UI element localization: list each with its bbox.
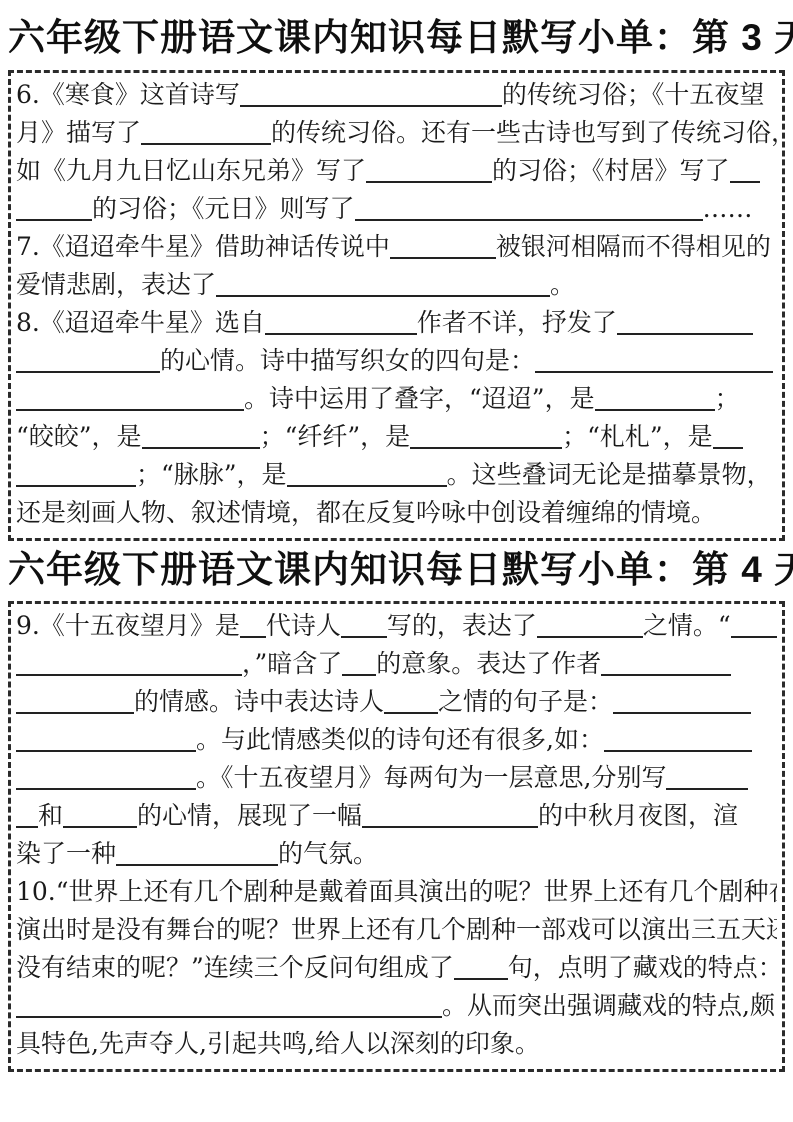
question-line: 爱情悲剧，表达了。 <box>16 266 777 304</box>
answer-blank <box>730 161 760 183</box>
text-run: 的意象。表达了作者 <box>376 645 601 683</box>
text-run: 的传统习俗；《十五夜望 <box>502 76 765 114</box>
answer-blank <box>240 85 502 107</box>
text-run: 6.《寒食》这首诗写 <box>16 76 240 114</box>
answer-blank <box>410 427 562 449</box>
answer-blank <box>116 844 278 866</box>
answer-blank <box>16 692 134 714</box>
text-run: 和 <box>38 797 63 835</box>
text-run: 的心情，展现了一幅 <box>137 797 362 835</box>
text-run: 9.《十五夜望月》是 <box>16 607 240 645</box>
answer-blank <box>16 996 442 1018</box>
answer-blank <box>240 616 266 638</box>
question-line: 10.“世界上还有几个剧种是戴着面具演出的呢？世界上还有几个剧种在 <box>16 873 777 911</box>
text-run: 演出时是没有舞台的呢？世界上还有几个剧种一部戏可以演出三五天还 <box>16 911 777 949</box>
text-run: “皎皎”，是 <box>16 418 142 456</box>
text-run: ，”暗含了 <box>242 645 342 683</box>
text-run: 具特色,先声夺人,引起共鸣,给人以深刻的印象。 <box>16 1025 540 1063</box>
text-run: 7.《迢迢牵牛星》借助神话传说中 <box>16 228 390 266</box>
answer-blank <box>342 654 376 676</box>
text-run: ；“纤纤”，是 <box>260 418 411 456</box>
answer-blank <box>16 465 136 487</box>
answer-blank <box>390 237 496 259</box>
answer-blank <box>265 313 417 335</box>
answer-blank <box>16 806 38 828</box>
worksheet-title-day4: 六年级下册语文课内知识每日默写小单：第 4 天 <box>8 541 785 600</box>
question-line: 染了一种的气氛。 <box>16 835 777 873</box>
answer-blank <box>63 806 137 828</box>
question-box-day4: 9.《十五夜望月》是代诗人写的，表达了之情。“，”暗含了的意象。表达了作者的情感… <box>8 601 785 1072</box>
text-run: 作者不详，抒发了 <box>417 304 617 342</box>
text-run: 句，点明了藏戏的特点： <box>508 949 777 987</box>
text-run: ； <box>715 380 740 418</box>
question-line: 9.《十五夜望月》是代诗人写的，表达了之情。“ <box>16 607 777 645</box>
question-line: 和的心情，展现了一幅的中秋月夜图，渲 <box>16 797 777 835</box>
question-line: 还是刻画人物、叙述情境，都在反复吟咏中创设着缠绵的情境。 <box>16 494 777 532</box>
text-run: 之情。“ <box>643 607 731 645</box>
text-run: 。诗中运用了叠字，“迢迢”，是 <box>244 380 595 418</box>
question-q8: 8.《迢迢牵牛星》选自作者不详，抒发了的心情。诗中描写织女的四句是：。诗中运用了… <box>16 304 777 532</box>
text-run: ；“脉脉”，是 <box>136 456 287 494</box>
answer-blank <box>141 123 271 145</box>
text-run: 代诗人 <box>266 607 341 645</box>
answer-blank <box>613 692 751 714</box>
answer-blank <box>142 427 260 449</box>
text-run: 没有结束的呢？”连续三个反问句组成了 <box>16 949 454 987</box>
question-line: 具特色,先声夺人,引起共鸣,给人以深刻的印象。 <box>16 1025 777 1063</box>
question-line: “皎皎”，是；“纤纤”，是；“札札”，是 <box>16 418 777 456</box>
question-line: 。《十五夜望月》每两句为一层意思,分别写 <box>16 759 777 797</box>
text-run: 爱情悲剧，表达了 <box>16 266 216 304</box>
text-run: ；“札札”，是 <box>562 418 713 456</box>
answer-blank <box>384 692 438 714</box>
question-line: 。诗中运用了叠字，“迢迢”，是； <box>16 380 777 418</box>
question-q9: 9.《十五夜望月》是代诗人写的，表达了之情。“，”暗含了的意象。表达了作者的情感… <box>16 607 777 873</box>
question-line: 7.《迢迢牵牛星》借助神话传说中被银河相隔而不得相见的 <box>16 228 777 266</box>
answer-blank <box>362 806 538 828</box>
text-run: 10.“世界上还有几个剧种是戴着面具演出的呢？世界上还有几个剧种在 <box>16 873 777 911</box>
text-run: 还是刻画人物、叙述情境，都在反复吟咏中创设着缠绵的情境。 <box>16 494 716 532</box>
answer-blank <box>16 730 196 752</box>
text-run: 的心情。诗中描写织女的四句是： <box>160 342 535 380</box>
worksheet-title-day3: 六年级下册语文课内知识每日默写小单：第 3 天 <box>8 0 785 70</box>
answer-blank <box>341 616 387 638</box>
question-line: 没有结束的呢？”连续三个反问句组成了句，点明了藏戏的特点： <box>16 949 777 987</box>
text-run: 写的，表达了 <box>387 607 537 645</box>
question-q10: 10.“世界上还有几个剧种是戴着面具演出的呢？世界上还有几个剧种在演出时是没有舞… <box>16 873 777 1063</box>
question-q7: 7.《迢迢牵牛星》借助神话传说中被银河相隔而不得相见的爱情悲剧，表达了。 <box>16 228 777 304</box>
question-line: ；“脉脉”，是。这些叠词无论是描摹景物， <box>16 456 777 494</box>
question-box-day3: 6.《寒食》这首诗写的传统习俗；《十五夜望月》描写了的传统习俗。还有一些古诗也写… <box>8 70 785 541</box>
question-line: 。与此情感类似的诗句还有很多,如： <box>16 721 777 759</box>
text-run: 的中秋月夜图，渲 <box>538 797 738 835</box>
answer-blank <box>16 351 160 373</box>
answer-blank <box>16 768 196 790</box>
text-run: 的情感。诗中表达诗人 <box>134 683 384 721</box>
question-line: 的习俗；《元日》则写了…… <box>16 190 777 228</box>
text-run: 。与此情感类似的诗句还有很多,如： <box>196 721 604 759</box>
text-run: 染了一种 <box>16 835 116 873</box>
text-run: 的习俗；《村居》写了 <box>492 152 730 190</box>
question-line: 月》描写了的传统习俗。还有一些古诗也写到了传统习俗， <box>16 114 777 152</box>
question-line: 如《九月九日忆山东兄弟》写了的习俗；《村居》写了 <box>16 152 777 190</box>
question-line: 8.《迢迢牵牛星》选自作者不详，抒发了 <box>16 304 777 342</box>
answer-blank <box>731 616 777 638</box>
text-run: 之情的句子是： <box>438 683 613 721</box>
answer-blank <box>216 275 550 297</box>
answer-blank <box>666 768 748 790</box>
text-run: 。从而突出强调藏戏的特点,颇 <box>442 987 775 1025</box>
question-line: 的心情。诗中描写织女的四句是： <box>16 342 777 380</box>
text-run: 8.《迢迢牵牛星》选自 <box>16 304 265 342</box>
answer-blank <box>355 199 703 221</box>
answer-blank <box>16 389 244 411</box>
text-run: 。这些叠词无论是描摹景物， <box>447 456 772 494</box>
worksheet-page: 六年级下册语文课内知识每日默写小单：第 3 天 6.《寒食》这首诗写的传统习俗；… <box>0 0 793 1122</box>
answer-blank <box>617 313 753 335</box>
answer-blank <box>537 616 643 638</box>
answer-blank <box>601 654 731 676</box>
answer-blank <box>535 351 773 373</box>
answer-blank <box>287 465 447 487</box>
answer-blank <box>713 427 743 449</box>
text-run: 被银河相隔而不得相见的 <box>496 228 771 266</box>
text-run: 月》描写了 <box>16 114 141 152</box>
question-q6: 6.《寒食》这首诗写的传统习俗；《十五夜望月》描写了的传统习俗。还有一些古诗也写… <box>16 76 777 228</box>
answer-blank <box>16 199 92 221</box>
text-run: 的传统习俗。还有一些古诗也写到了传统习俗， <box>271 114 777 152</box>
text-run: 的气氛。 <box>278 835 378 873</box>
text-run: 。 <box>550 266 575 304</box>
answer-blank <box>366 161 492 183</box>
answer-blank <box>595 389 715 411</box>
text-run: 的习俗；《元日》则写了 <box>92 190 355 228</box>
text-run: 。《十五夜望月》每两句为一层意思,分别写 <box>196 759 666 797</box>
answer-blank <box>454 958 508 980</box>
question-line: ，”暗含了的意象。表达了作者 <box>16 645 777 683</box>
answer-blank <box>604 730 752 752</box>
question-line: 6.《寒食》这首诗写的传统习俗；《十五夜望 <box>16 76 777 114</box>
text-run: 如《九月九日忆山东兄弟》写了 <box>16 152 366 190</box>
question-line: 。从而突出强调藏戏的特点,颇 <box>16 987 777 1025</box>
question-line: 的情感。诗中表达诗人之情的句子是： <box>16 683 777 721</box>
text-run: …… <box>703 190 753 228</box>
question-line: 演出时是没有舞台的呢？世界上还有几个剧种一部戏可以演出三五天还 <box>16 911 777 949</box>
answer-blank <box>16 654 242 676</box>
